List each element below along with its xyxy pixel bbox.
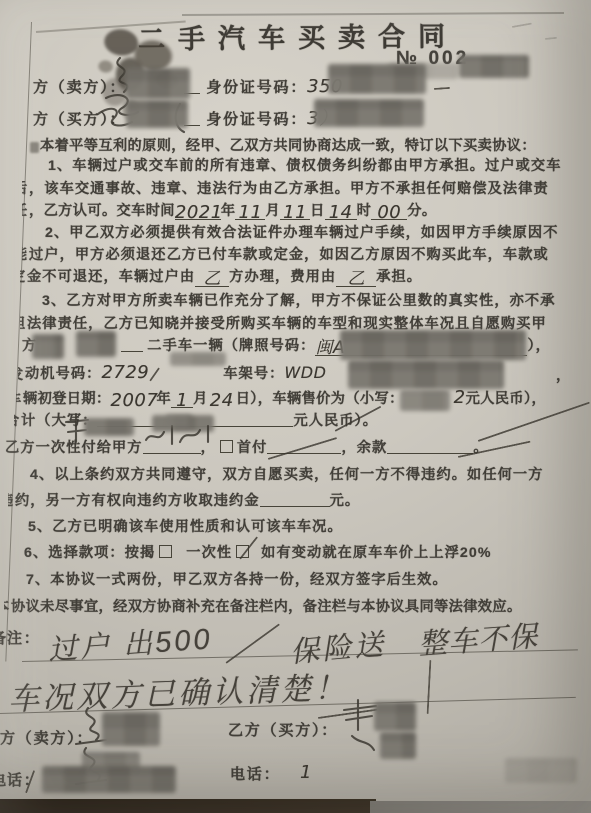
clause2-line2: 能过户，甲方必须退还乙方已付车款或定金，如因乙方原因不购买此车，车款或 xyxy=(22,247,549,265)
blur-patch-vin xyxy=(348,360,504,389)
clipped-char: 定 xyxy=(20,269,27,287)
blur-patch-buyer-signature-1 xyxy=(374,702,416,731)
clause5-line: 5、乙方已明确该车使用性质和认可该车车况。 xyxy=(28,519,343,537)
phone-right-digit: 1 xyxy=(300,762,312,785)
clipped-char: 任 xyxy=(22,203,29,221)
preamble-line: 本着平等互利的原则，经甲、乙双方共同协商达成一致，特订以下买卖协议： xyxy=(40,138,536,156)
phone-right-label: 电话： xyxy=(230,766,280,785)
downpayment-checkbox xyxy=(220,440,233,453)
remark-slash xyxy=(225,623,280,663)
clause3-payment-line: 乙方一次性付给甲方，首付，余款。 xyxy=(5,440,489,458)
clause2-line1: 2、甲乙双方必须提供有效合法证件办理车辆过户手续，如因甲方手续原因不 xyxy=(45,225,558,243)
buyer-id-label: 身份证号码： xyxy=(206,111,307,128)
remark-handwriting-1a: 过户 出500 xyxy=(47,616,214,668)
clause7-line: 7、本协议一式两份，甲乙双方各持一份，经双方签字后生效。 xyxy=(26,572,448,590)
clause3-regdate-line: 车辆初登日期：2007年1月24日），车辆售价为（小写：2元人民币）， xyxy=(16,387,546,410)
blur-patch-seller-id xyxy=(328,64,426,94)
blur-patch-buyer-name xyxy=(126,100,188,128)
buyer-signature-label: 乙方（买方）： xyxy=(228,722,338,741)
clipped-char: 备 xyxy=(0,630,7,649)
clipped-char: 担 xyxy=(20,316,27,334)
blur-patch-above-vin xyxy=(170,352,226,366)
blur-patch-plate xyxy=(340,330,526,360)
clipped-char: 后 xyxy=(22,181,29,199)
remark-handwriting-2: 车况双方已确认清楚！ xyxy=(7,662,348,719)
ink-blot xyxy=(30,142,39,153)
clipped-char: 电 xyxy=(0,772,7,791)
phone-left-label: 电话： xyxy=(0,772,41,791)
contract-photo: 二手汽车买卖合同 № 002 方（卖方）：身份证号码：350 方（买方）：身份证… xyxy=(0,0,591,813)
blur-patch-model-1 xyxy=(32,334,64,359)
delivery-year: 2021 xyxy=(175,202,221,220)
clipped-char: 合 xyxy=(14,413,21,431)
penalty-underline xyxy=(260,493,330,507)
corner-dash xyxy=(545,37,557,40)
blur-patch-buyer-signature-2 xyxy=(380,732,416,759)
photo-background-light-edge xyxy=(370,801,591,813)
delivery-hour: 14 xyxy=(325,202,357,220)
blur-patch-buyer-id xyxy=(314,99,424,127)
vin-number: WDD xyxy=(284,363,326,382)
blur-patch-price-small xyxy=(400,390,450,411)
clause2-line3: 定金不可退还，车辆过户由乙方办理，费用由乙承担。 xyxy=(20,269,422,287)
price-digit: 2 xyxy=(454,387,466,408)
clause4-line1: 4、以上条约双方共同遵守，双方自愿买卖，任何一方不得违约。如任何一方 xyxy=(30,467,543,485)
tail-note-line: 本协议未尽事宜，经双方协商补充在备注栏内，备注栏与本协议具同等法律效应。 xyxy=(4,599,522,617)
blur-patch-daxie-1 xyxy=(84,418,134,436)
delivery-day: 11 xyxy=(280,202,310,220)
clause3-engine-comma: ， xyxy=(556,368,571,386)
fee-by-party: 乙 xyxy=(336,269,376,287)
first-reg-day: 24 xyxy=(208,390,236,407)
transfer-by-party: 乙 xyxy=(195,269,229,287)
mortgage-checkbox xyxy=(159,545,172,558)
photo-background-dark-edge xyxy=(0,799,376,813)
seller-id-label: 身份证号码： xyxy=(206,79,307,96)
first-reg-year: 2007 xyxy=(111,390,157,407)
clause4-line2: 违约，另一方有权向违约方收取违约金元。 xyxy=(8,493,360,511)
delivery-minute: 00 xyxy=(371,202,407,220)
blur-patch-phone-left xyxy=(42,766,176,793)
clipped-char: 发 xyxy=(18,367,25,385)
delivery-month: 11 xyxy=(235,202,265,220)
clause1-line3: 任，乙方认可。交车时间2021年11月11日14时00分。 xyxy=(22,202,436,221)
first-reg-month: 1 xyxy=(171,390,193,408)
clause6-line: 6、选择款项：按揭一次性如有变动就在原车车价上上浮20% xyxy=(24,545,492,563)
clipped-char: 能 xyxy=(22,247,29,265)
remark-pen-stroke xyxy=(427,660,432,714)
clipped-char: 车 xyxy=(16,392,23,410)
blur-patch-serial xyxy=(459,55,529,78)
seller-id-dash xyxy=(434,87,450,90)
blur-patch-bottom-right xyxy=(505,758,577,783)
blur-patch-seller-signature-1 xyxy=(102,712,160,746)
clause1-line1: 1、车辆过户或交车前的所有违章、债权债务纠纷都由甲方承担。过户或交车 xyxy=(48,158,561,176)
remark-label-line: 备注： xyxy=(0,630,41,649)
clause3-line1: 3、乙方对甲方所卖车辆已作充分了解，甲方不保证公里数的真实性，亦不承 xyxy=(42,293,555,311)
clause1-line2: 后，该车交通事故、违章、违法行为由乙方承担。甲方不承担任何赔偿及法律责 xyxy=(22,181,549,199)
blur-patch-model-2 xyxy=(76,331,116,357)
model-underline xyxy=(121,338,143,352)
blur-patch-pay-amount xyxy=(166,414,192,427)
remark-handwriting-1c: 整车不保 xyxy=(417,614,540,663)
top-border-line xyxy=(182,12,564,16)
clipped-char: 本 xyxy=(4,599,11,617)
balance-underline xyxy=(387,440,473,454)
engine-number: 2729 xyxy=(101,362,149,383)
corner-dash xyxy=(512,23,532,28)
clipped-char: 违 xyxy=(8,493,15,511)
